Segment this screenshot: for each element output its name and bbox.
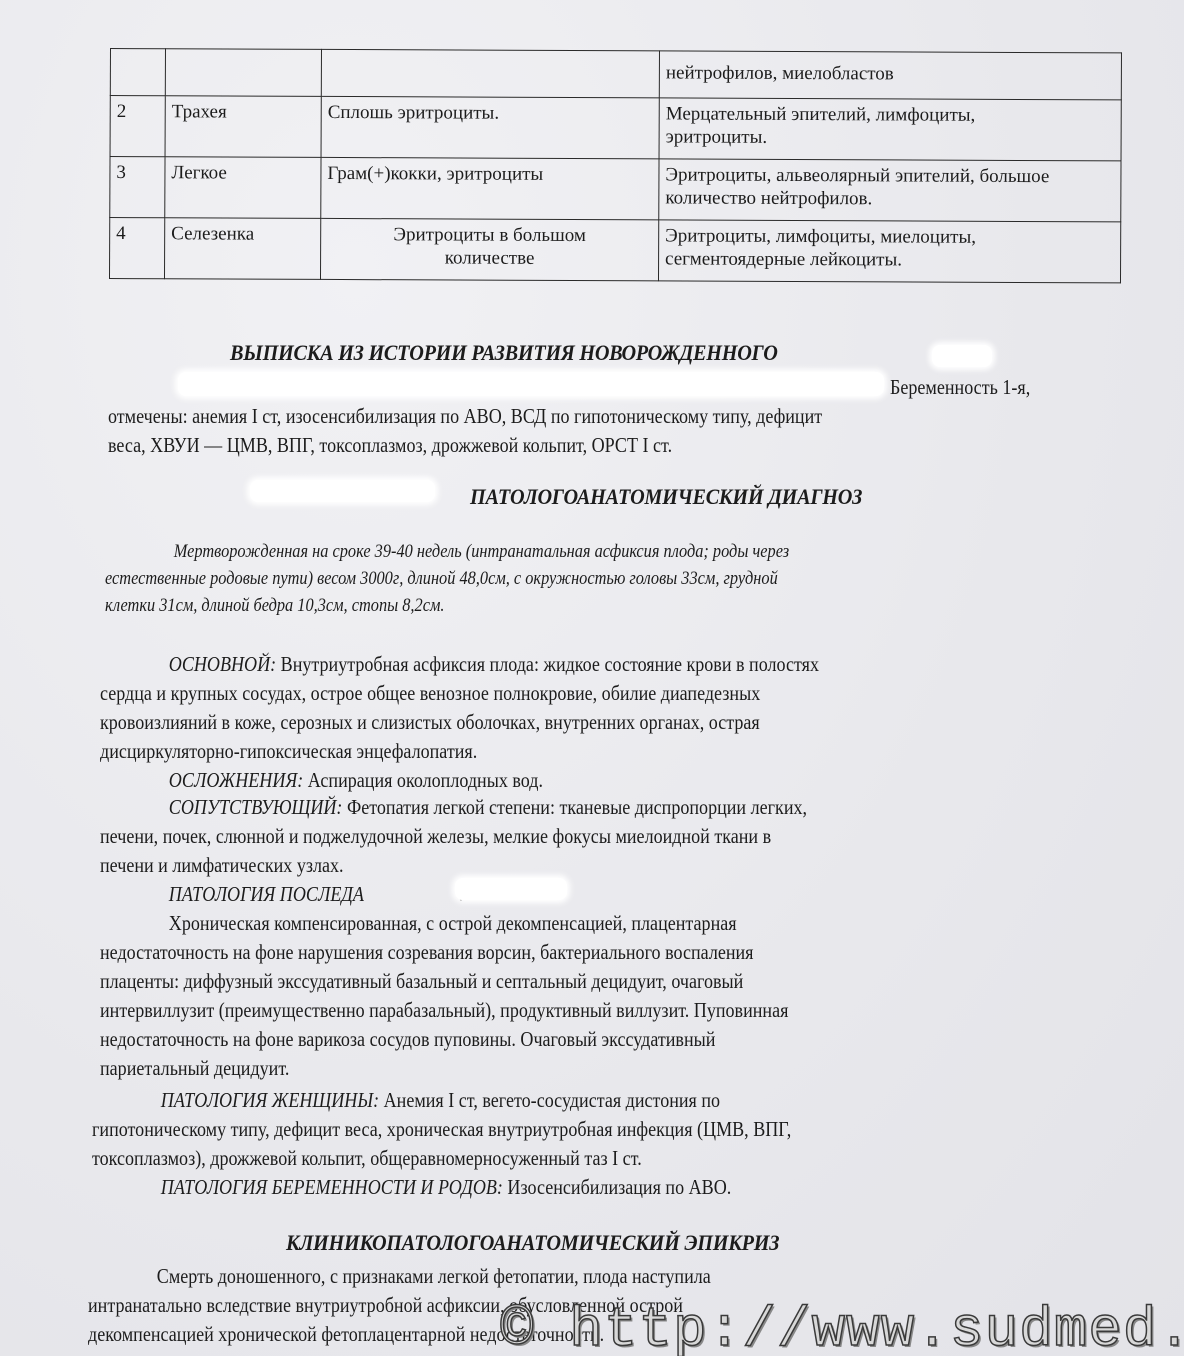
intro-line: клетки 31см, длиной бедра 10,3см, стопы … bbox=[105, 592, 789, 619]
cell-line: сегментоядерные лейкоциты. bbox=[665, 247, 1114, 272]
extract-line: отмечены: анемия I ст, изосенсибилизация… bbox=[108, 402, 822, 431]
table-cell-number: 3 bbox=[110, 157, 165, 218]
table-cell-organ: Легкое bbox=[165, 157, 321, 219]
concomitant-text: Фетопатия легкой степени: тканевые диспр… bbox=[342, 795, 807, 819]
pregnancy-label: ПАТОЛОГИЯ БЕРЕМЕННОСТИ И РОДОВ: bbox=[161, 1175, 503, 1199]
extract-line-1: Беременность 1-я, bbox=[890, 373, 1030, 402]
placenta-line: недостаточность на фоне варикоза сосудов… bbox=[100, 1025, 807, 1054]
table-cell-imprint: Эритроциты, лимфоциты, миелоциты, сегмен… bbox=[658, 220, 1120, 283]
concomitant-line: печени и лимфатических узлах. bbox=[100, 851, 807, 880]
cell-line: эритроциты. bbox=[666, 125, 1115, 150]
woman-label: ПАТОЛОГИЯ ЖЕНЩИНЫ: bbox=[161, 1088, 379, 1112]
cell-line: Эритроциты, альвеолярный эпителий, больш… bbox=[665, 163, 1114, 188]
intro-line: Мертворожденная на сроке 39-40 недель (и… bbox=[105, 538, 789, 565]
main-line: кровоизлияний в коже, серозных и слизист… bbox=[100, 708, 819, 737]
redaction-mark bbox=[178, 372, 884, 396]
epicrisis-heading: КЛИНИКОПАТОЛОГОАНАТОМИЧЕСКИЙ ЭПИКРИЗ bbox=[286, 1230, 779, 1256]
concomitant-diagnosis: СОПУТСТВУЮЩИЙ: Фетопатия легкой степени:… bbox=[100, 793, 807, 1083]
concomitant-label: СОПУТСТВУЮЩИЙ: bbox=[169, 795, 343, 819]
table-cell-number: 4 bbox=[109, 218, 164, 279]
table-cell-smear: Сплошь эритроциты. bbox=[321, 96, 659, 158]
placenta-line: интервиллузит (преимущественно парабазал… bbox=[100, 996, 807, 1025]
redaction-mark bbox=[455, 878, 567, 900]
cell-line: Мерцательный эпителий, лимфоциты, bbox=[666, 102, 1115, 127]
epicrisis-line: Смерть доношенного, с признаками легкой … bbox=[88, 1262, 711, 1291]
extract-heading: ВЫПИСКА ИЗ ИСТОРИИ РАЗВИТИЯ НОВОРОЖДЕННО… bbox=[230, 340, 778, 366]
table-cell-number bbox=[110, 49, 165, 96]
placenta-line: париетальный децидуит. bbox=[100, 1054, 807, 1083]
cell-line: Эритроциты в большом bbox=[327, 223, 652, 247]
cell-line: количество нейтрофилов. bbox=[665, 186, 1114, 211]
placenta-line: Хроническая компенсированная, с острой д… bbox=[100, 909, 807, 938]
table-cell-imprint: Эритроциты, альвеолярный эпителий, больш… bbox=[659, 159, 1121, 222]
woman-pathology: ПАТОЛОГИЯ ЖЕНЩИНЫ: Анемия I ст, вегето-с… bbox=[92, 1086, 791, 1202]
main-diagnosis: ОСНОВНОЙ: Внутриутробная асфиксия плода:… bbox=[100, 650, 819, 795]
table-cell-imprint: Мерцательный эпителий, лимфоциты, эритро… bbox=[659, 98, 1121, 161]
redaction-mark bbox=[932, 345, 992, 367]
woman-text: Анемия I ст, вегето-сосудистая дистония … bbox=[379, 1088, 720, 1112]
placenta-line: недостаточность на фоне нарушения созрев… bbox=[100, 938, 807, 967]
woman-line: токсоплазмоз), дрожжевой кольпит, общера… bbox=[92, 1144, 791, 1173]
main-text: Внутриутробная асфиксия плода: жидкое со… bbox=[276, 652, 819, 676]
main-line: дисциркуляторно-гипоксическая энцефалопа… bbox=[100, 737, 819, 766]
intro-line: естественные родовые пути) весом 3000г, … bbox=[105, 565, 789, 592]
table-row: 3 Легкое Грам(+)кокки, эритроциты Эритро… bbox=[110, 157, 1121, 222]
scanned-document-page: нейтрофилов, миелобластов 2 Трахея Сплош… bbox=[0, 0, 1184, 1356]
table-row: 2 Трахея Сплошь эритроциты. Мерцательный… bbox=[110, 96, 1121, 161]
concomitant-line: печени, почек, слюнной и поджелудочной ж… bbox=[100, 822, 807, 851]
pregnancy-text: Изосенсибилизация по АВО. bbox=[503, 1175, 731, 1199]
table-cell-smear: Грам(+)кокки, эритроциты bbox=[321, 157, 659, 219]
extract-line: веса, ХВУИ — ЦМВ, ВПГ, токсоплазмоз, дро… bbox=[108, 431, 822, 460]
microscopy-results-table: нейтрофилов, миелобластов 2 Трахея Сплош… bbox=[109, 48, 1122, 283]
table-cell-organ: Трахея bbox=[165, 96, 321, 158]
redaction-mark bbox=[250, 480, 435, 502]
placenta-line: плаценты: диффузный экссудативный базаль… bbox=[100, 967, 807, 996]
table-cell-smear bbox=[321, 49, 659, 97]
table-cell-organ: Селезенка bbox=[164, 218, 320, 280]
table-row: нейтрофилов, миелобластов bbox=[110, 49, 1121, 100]
table-cell-smear: Эритроциты в большом количестве bbox=[320, 218, 658, 280]
main-line: сердца и крупных сосудах, острое общее в… bbox=[100, 679, 819, 708]
table-cell-organ bbox=[165, 49, 321, 97]
complications-text: Аспирация околоплодных вод. bbox=[303, 768, 543, 792]
diagnosis-intro: Мертворожденная на сроке 39-40 недель (и… bbox=[105, 538, 789, 619]
cell-line: Эритроциты, лимфоциты, миелоциты, bbox=[665, 224, 1114, 249]
table-cell-number: 2 bbox=[110, 96, 165, 157]
table-cell-imprint: нейтрофилов, миелобластов bbox=[659, 51, 1121, 100]
extract-body: отмечены: анемия I ст, изосенсибилизация… bbox=[108, 402, 822, 460]
diagnosis-heading: ПАТОЛОГОАНАТОМИЧЕСКИЙ ДИАГНОЗ bbox=[470, 484, 862, 510]
main-label: ОСНОВНОЙ: bbox=[169, 652, 276, 676]
woman-line: гипотоническому типу, дефицит веса, хрон… bbox=[92, 1115, 791, 1144]
table-row: 4 Селезенка Эритроциты в большом количес… bbox=[109, 218, 1120, 283]
watermark-text: © http://www.sudmed.ru bbox=[500, 1298, 1184, 1356]
complications-label: ОСЛОЖНЕНИЯ: bbox=[169, 768, 303, 792]
cell-line: количестве bbox=[327, 246, 652, 270]
placenta-label: ПАТОЛОГИЯ ПОСЛЕДА bbox=[169, 882, 364, 906]
